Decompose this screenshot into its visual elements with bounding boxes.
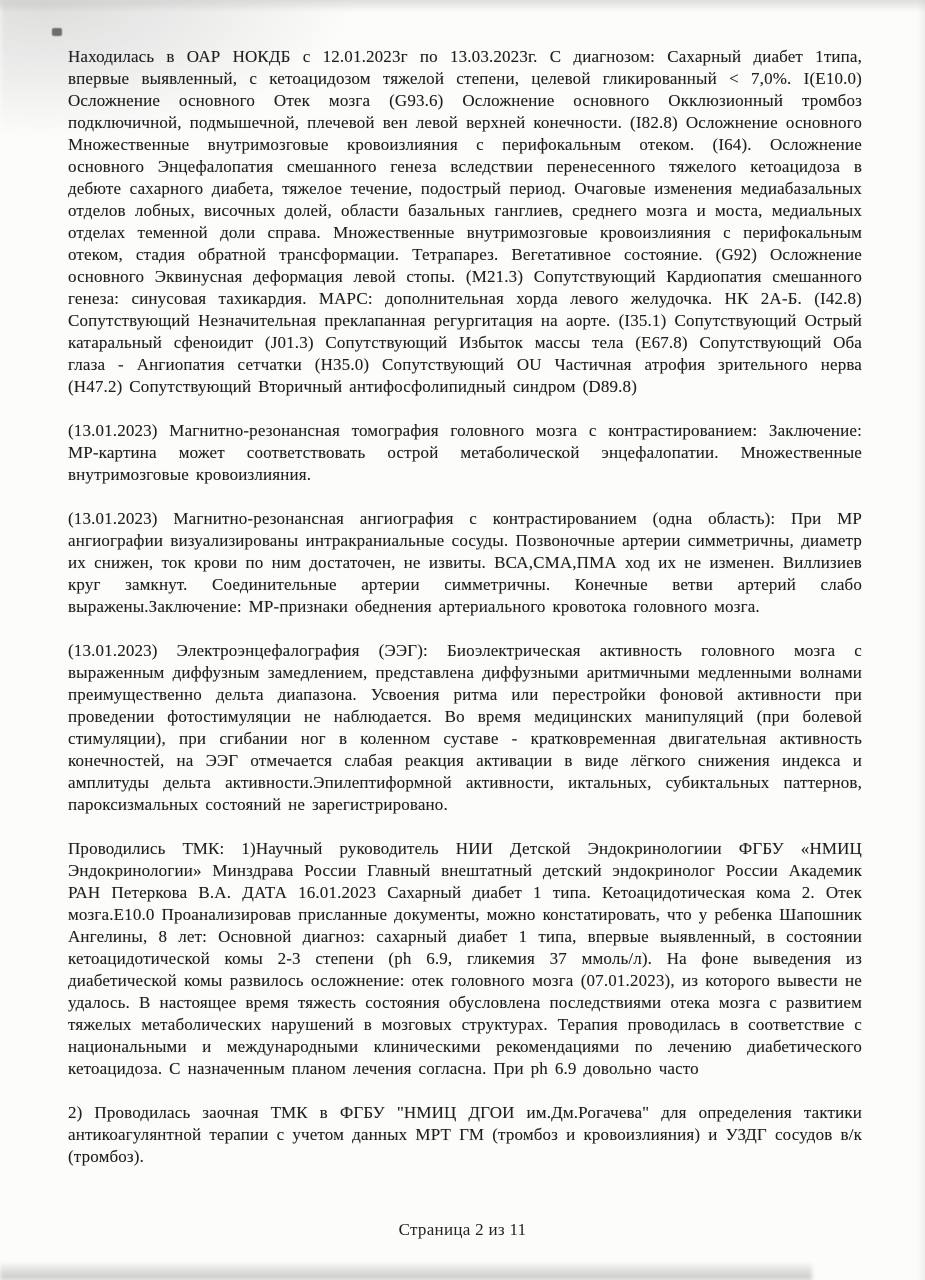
scan-shadow-top-edge xyxy=(0,0,925,12)
scan-shadow-bottom xyxy=(0,1264,812,1280)
document-body: Находилась в ОАР НОКДБ с 12.01.2023г по … xyxy=(68,46,862,1190)
page-footer: Страница 2 из 11 xyxy=(0,1220,925,1240)
scan-shadow-right-edge xyxy=(917,0,925,1280)
paragraph-eeg: (13.01.2023) Электроэнцефалография (ЭЭГ)… xyxy=(68,640,862,816)
scanned-document-page: Находилась в ОАР НОКДБ с 12.01.2023г по … xyxy=(0,0,925,1280)
scan-speck-artifact xyxy=(52,28,62,36)
paragraph-mri-brain: (13.01.2023) Магнитно-резонансная томогр… xyxy=(68,420,862,486)
paragraph-telemedicine-consult-1: Проводились ТМК: 1)Научный руководитель … xyxy=(68,838,862,1080)
paragraph-admission-diagnosis: Находилась в ОАР НОКДБ с 12.01.2023г по … xyxy=(68,46,862,398)
page-number-label: Страница 2 из 11 xyxy=(399,1220,527,1239)
paragraph-mr-angiography: (13.01.2023) Магнитно-резонансная ангиог… xyxy=(68,508,862,618)
paragraph-telemedicine-consult-2: 2) Проводилась заочная ТМК в ФГБУ "НМИЦ … xyxy=(68,1102,862,1168)
